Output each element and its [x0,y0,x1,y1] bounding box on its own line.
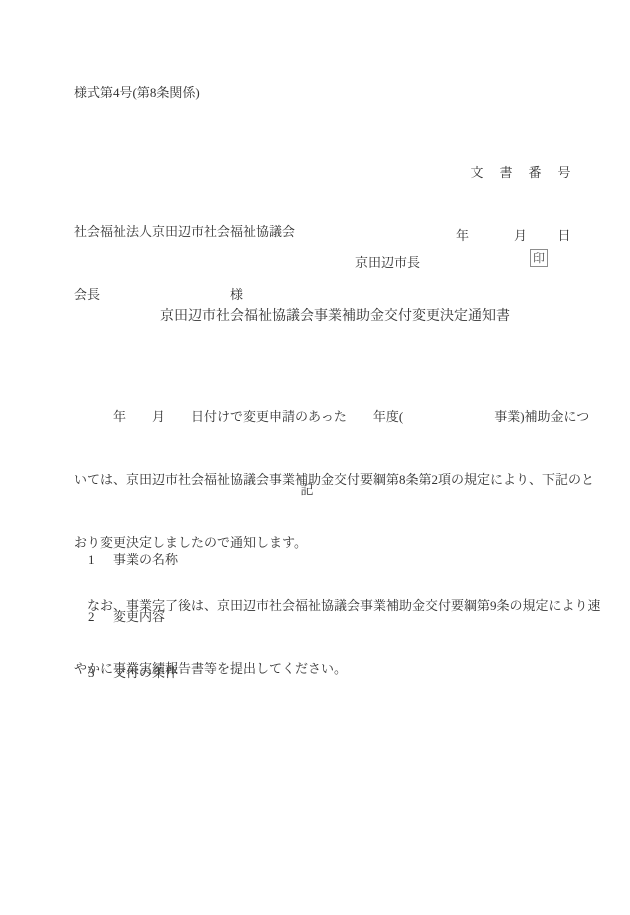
document-page: 様式第4号(第8条関係) 文 書 番 号 年 月 日 社会福祉法人京田辺市社会福… [0,0,630,915]
addressee-role-line: 会長 様 [74,284,295,305]
item-number: 1 [88,552,113,568]
addressee-org: 社会福祉法人京田辺市社会福祉協議会 [74,221,295,242]
form-number: 様式第4号(第8条関係) [74,82,200,103]
item-number: 3 [88,665,113,681]
list-item-change-details: 2変更内容 [75,593,165,641]
item-label: 事業の名称 [113,552,178,567]
list-item-grant-conditions: 3交付の条件 [75,649,178,697]
doc-date-label: 年 月 日 [456,225,572,246]
document-title: 京田辺市社会福祉協議会事業補助金交付変更決定通知書 [100,306,570,327]
sender-title: 京田辺市長 [355,252,420,273]
body-line: 年 月 日付けで変更申請のあった 年度( 事業)補助金につ [74,406,579,427]
list-item-business-name: 1事業の名称 [75,536,178,584]
doc-number-label: 文 書 番 号 [456,162,572,183]
item-number: 2 [88,609,113,625]
item-label: 交付の条件 [113,665,178,680]
seal-icon: 印 [533,252,545,264]
record-marker: 記 [72,479,542,500]
doc-header: 文 書 番 号 年 月 日 [456,120,572,288]
item-label: 変更内容 [113,609,165,624]
seal-stamp-box: 印 [530,249,548,267]
